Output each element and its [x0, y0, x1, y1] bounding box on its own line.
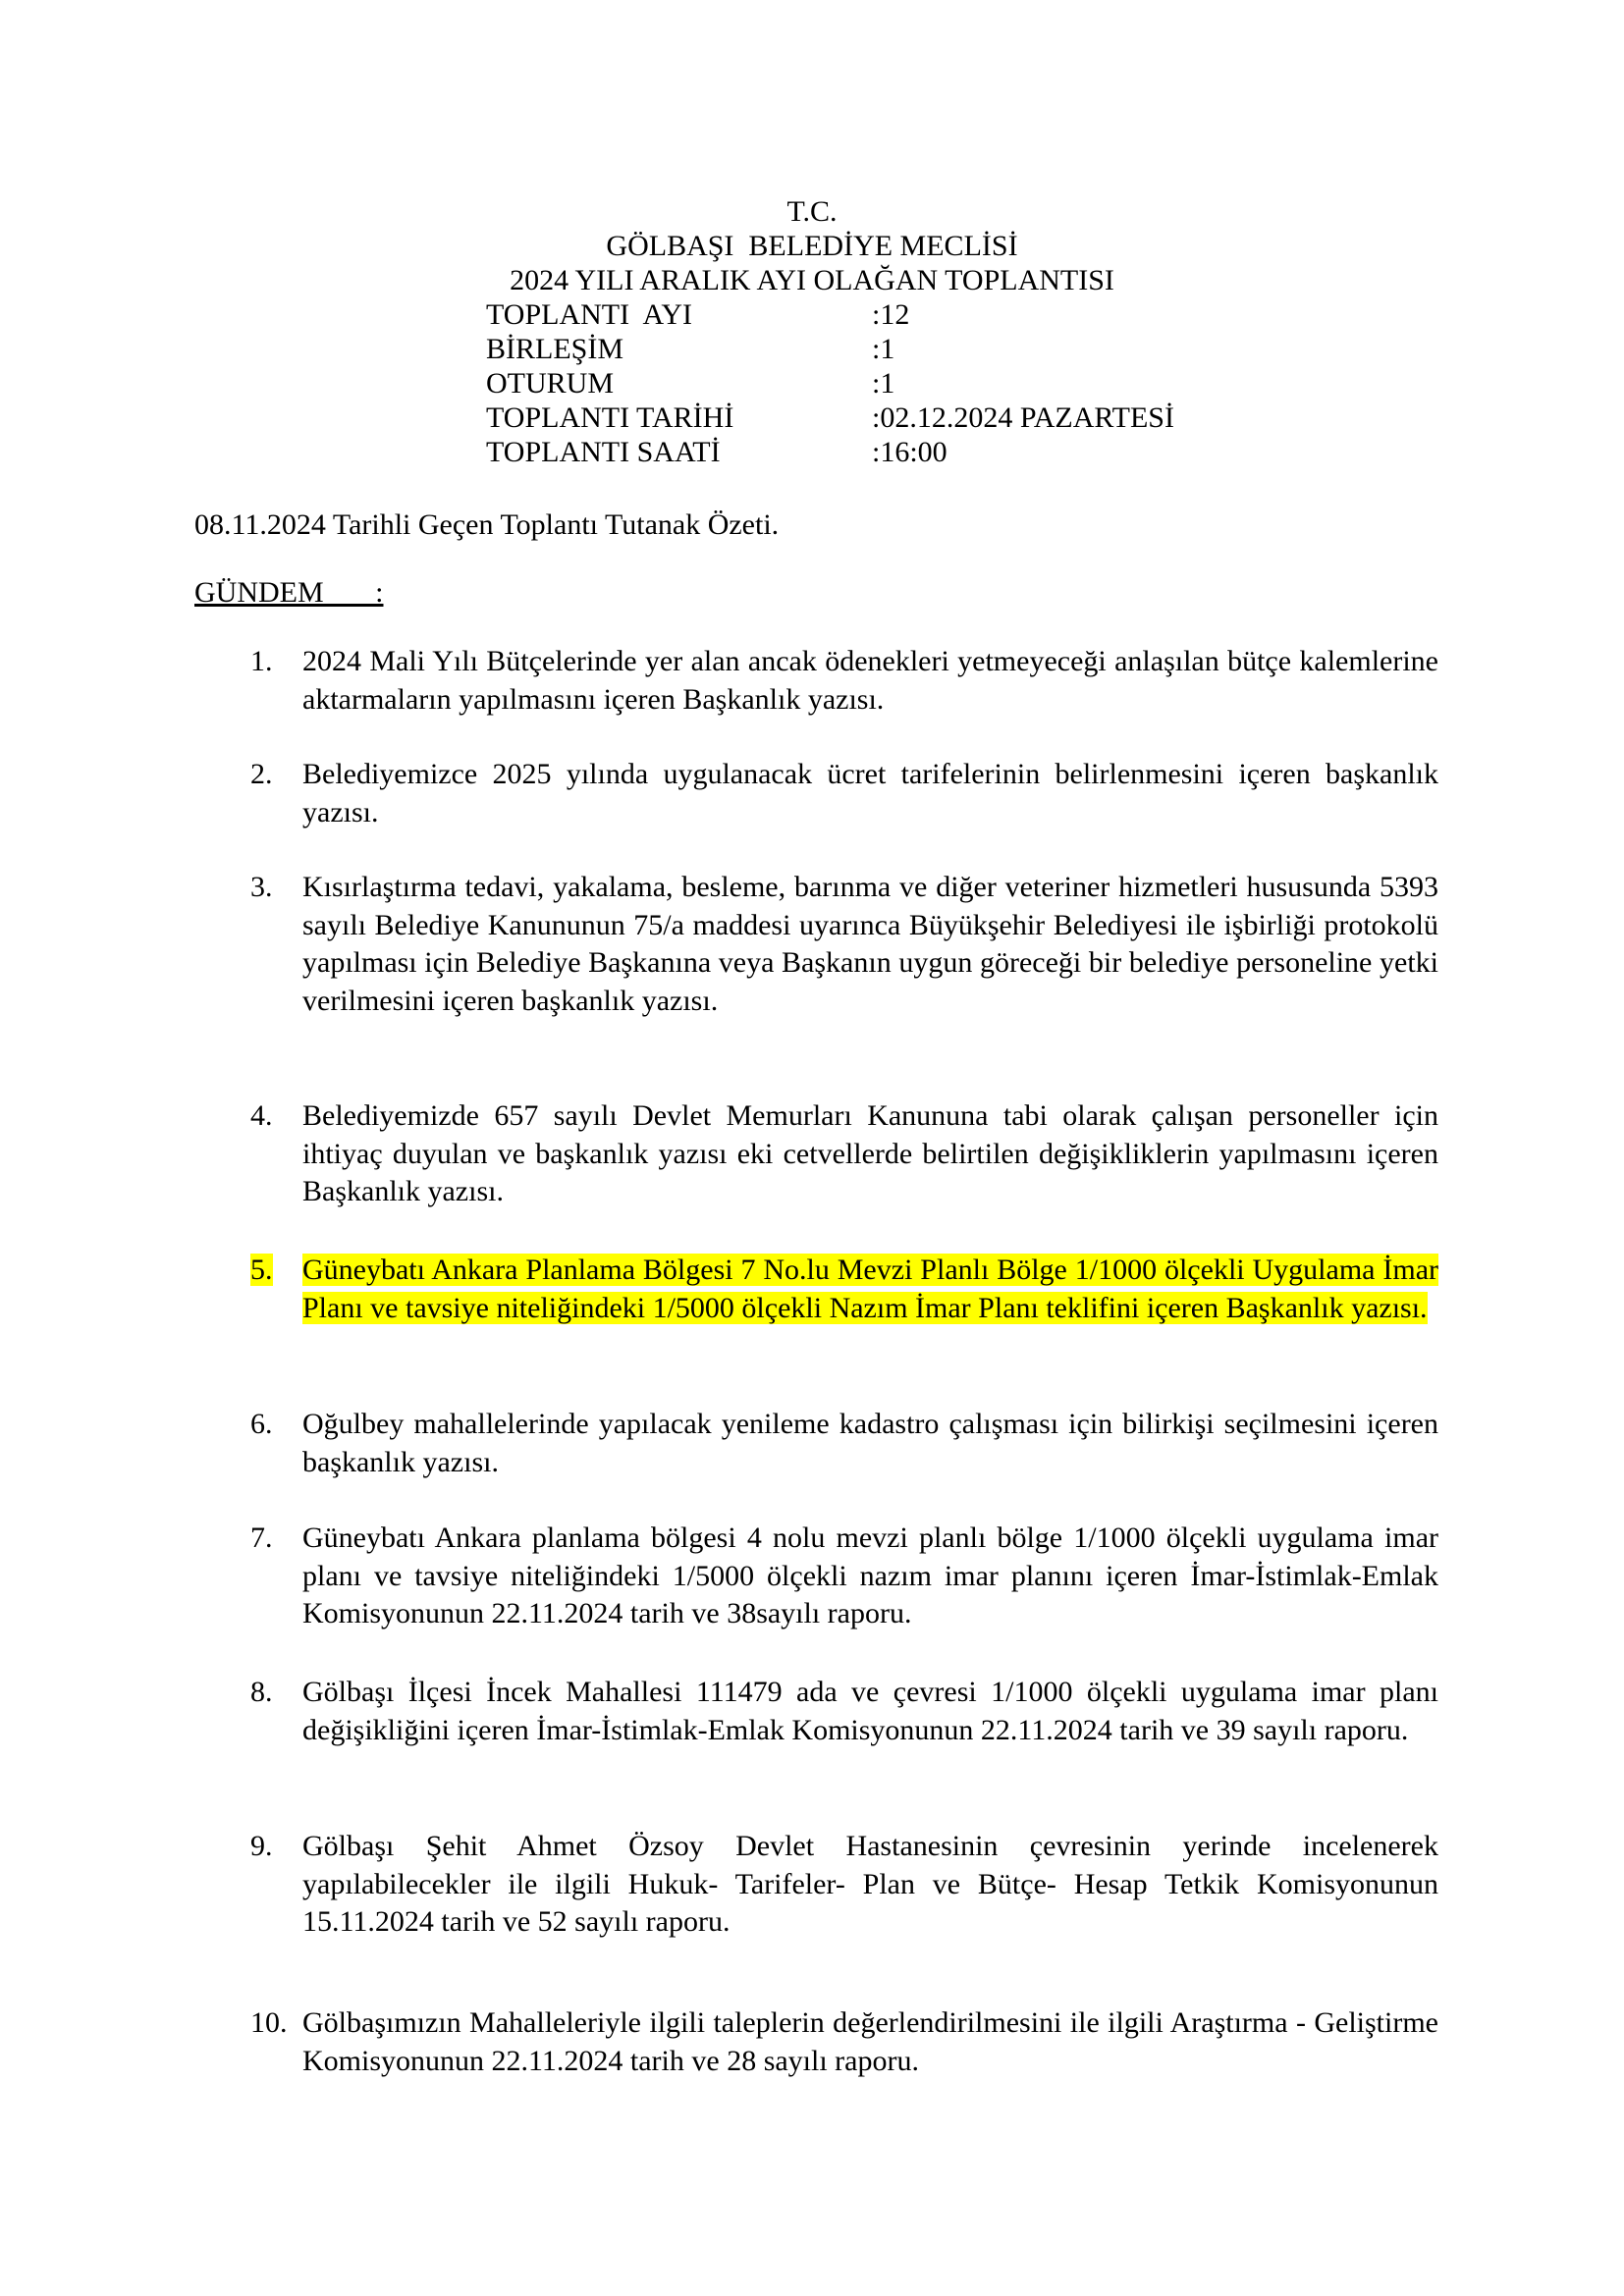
header-council: GÖLBAŞI BELEDİYE MECLİSİ — [0, 229, 1624, 264]
agenda-item-number: 9. — [250, 1828, 273, 1866]
agenda-item-number: 4. — [250, 1097, 273, 1136]
agenda-item-text: Gölbaşı İlçesi İncek Mahallesi 111479 ad… — [302, 1674, 1438, 1749]
agenda-item-number: 1. — [250, 643, 273, 681]
agenda-item: 8.Gölbaşı İlçesi İncek Mahallesi 111479 … — [250, 1674, 1438, 1749]
meta-value: :1 — [872, 366, 894, 401]
agenda-item: 10.Gölbaşımızın Mahalleleriyle ilgili ta… — [250, 2004, 1438, 2080]
document-page: T.C. GÖLBAŞI BELEDİYE MECLİSİ 2024 YILI … — [0, 0, 1624, 2296]
agenda-item-number: 3. — [250, 869, 273, 907]
agenda-item-text: Belediyemizde 657 sayılı Devlet Memurlar… — [302, 1097, 1438, 1211]
meta-label: TOPLANTI SAATİ — [486, 435, 721, 470]
agenda-item-number: 6. — [250, 1406, 273, 1444]
meta-value: :16:00 — [872, 435, 947, 470]
agenda-item-text: Belediyemizce 2025 yılında uygulanacak ü… — [302, 756, 1438, 831]
agenda-item-number: 10. — [250, 2004, 288, 2043]
meta-label: BİRLEŞİM — [486, 332, 623, 367]
agenda-item: 9.Gölbaşı Şehit Ahmet Özsoy Devlet Hasta… — [250, 1828, 1438, 1942]
header-tc: T.C. — [0, 194, 1624, 230]
meta-label: TOPLANTI AYI — [486, 297, 692, 333]
agenda-item-text: Güneybatı Ankara Planlama Bölgesi 7 No.l… — [302, 1252, 1438, 1327]
meta-value: :1 — [872, 332, 894, 367]
agenda-item-number: 5. — [250, 1252, 273, 1290]
previous-minutes: 08.11.2024 Tarihli Geçen Toplantı Tutana… — [194, 507, 779, 543]
agenda-item-text: Oğulbey mahallelerinde yapılacak yenilem… — [302, 1406, 1438, 1481]
agenda-item: 3.Kısırlaştırma tedavi, yakalama, beslem… — [250, 869, 1438, 1020]
agenda-item-number: 2. — [250, 756, 273, 794]
agenda-item-text: Gölbaşı Şehit Ahmet Özsoy Devlet Hastane… — [302, 1828, 1438, 1942]
agenda-item: 1.2024 Mali Yılı Bütçelerinde yer alan a… — [250, 643, 1438, 719]
agenda-item-text: Kısırlaştırma tedavi, yakalama, besleme,… — [302, 869, 1438, 1020]
agenda-item: 5.Güneybatı Ankara Planlama Bölgesi 7 No… — [250, 1252, 1438, 1327]
agenda-item-number: 7. — [250, 1520, 273, 1558]
agenda-item-text: 2024 Mali Yılı Bütçelerinde yer alan anc… — [302, 643, 1438, 719]
agenda-item-text: Gölbaşımızın Mahalleleriyle ilgili talep… — [302, 2004, 1438, 2080]
meta-value: :12 — [872, 297, 909, 333]
meta-label: TOPLANTI TARİHİ — [486, 400, 733, 436]
agenda-item: 7.Güneybatı Ankara planlama bölgesi 4 no… — [250, 1520, 1438, 1633]
header-meeting-title: 2024 YILI ARALIK AYI OLAĞAN TOPLANTISI — [0, 263, 1624, 298]
agenda-label: GÜNDEM : — [194, 575, 384, 611]
agenda-item-number: 8. — [250, 1674, 273, 1712]
agenda-item: 4.Belediyemizde 657 sayılı Devlet Memurl… — [250, 1097, 1438, 1211]
meta-label: OTURUM — [486, 366, 614, 401]
meta-value: :02.12.2024 PAZARTESİ — [872, 400, 1174, 436]
agenda-item: 6.Oğulbey mahallelerinde yapılacak yenil… — [250, 1406, 1438, 1481]
agenda-item: 2.Belediyemizce 2025 yılında uygulanacak… — [250, 756, 1438, 831]
agenda-item-text: Güneybatı Ankara planlama bölgesi 4 nolu… — [302, 1520, 1438, 1633]
